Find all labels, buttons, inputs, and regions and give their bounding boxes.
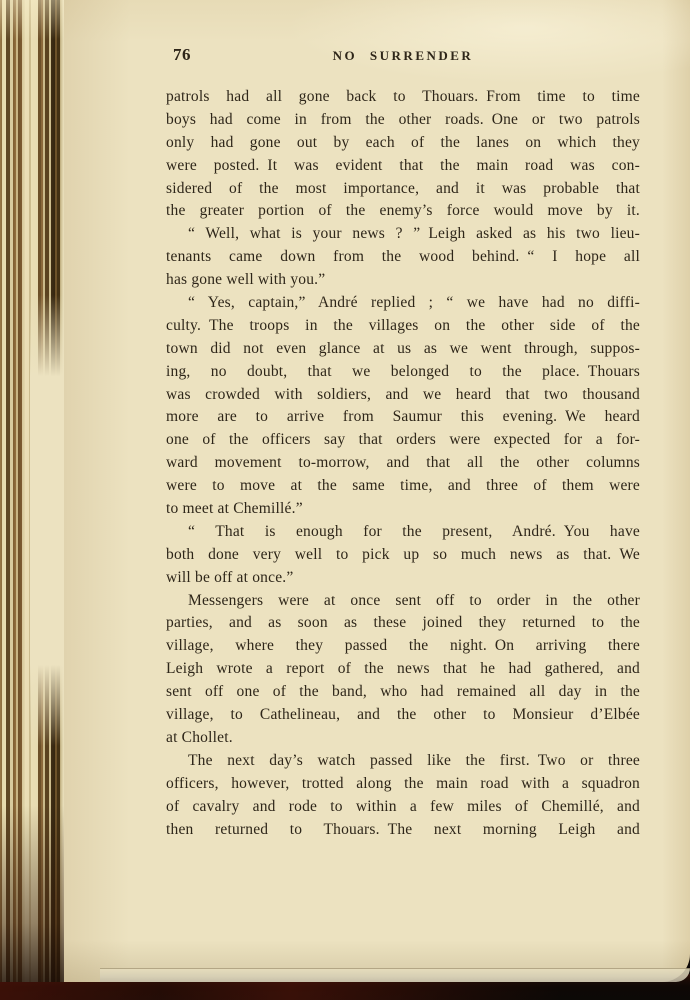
text-line: village, to Cathelineau, and the other t… [166, 704, 640, 727]
text-line: ward movement to-morrow, and that all th… [166, 452, 640, 475]
text-line: parties, and as soon as these joined the… [166, 612, 640, 635]
page-edge-fade [30, 295, 64, 747]
text-line: town did not even glance at us as we wen… [166, 338, 640, 361]
text-line: “ Well, what is your news ? ” Leigh aske… [166, 223, 640, 246]
text-line: tenants came down from the wood behind. … [166, 246, 640, 269]
text-line: village, where they passed the night. On… [166, 635, 640, 658]
running-title: NO SURRENDER [166, 48, 640, 64]
text-line: officers, however, trotted along the mai… [166, 773, 640, 796]
text-line: culty. The troops in the villages on the… [166, 315, 640, 338]
text-line: ing, no doubt, that we belonged to the p… [166, 361, 640, 384]
text-line: to meet at Chemillé.” [166, 498, 640, 521]
text-line: was crowded with soldiers, and we heard … [166, 384, 640, 407]
text-line: boys had come in from the other roads. O… [166, 109, 640, 132]
text-line: more are to arrive from Saumur this even… [166, 406, 640, 429]
text-line: sidered of the most importance, and it w… [166, 178, 640, 201]
text-line: the greater portion of the enemy’s force… [166, 200, 640, 223]
scanned-book-photo: 76 NO SURRENDER patrols had all gone bac… [0, 0, 690, 1000]
text-block: patrols had all gone back to Thouars. Fr… [166, 86, 640, 841]
paragraph: “ Yes, captain,” André replied ; “ we ha… [166, 292, 640, 521]
text-line: patrols had all gone back to Thouars. Fr… [166, 86, 640, 109]
page-bottom-edge [100, 968, 690, 982]
paragraph: “ That is enough for the present, André.… [166, 521, 640, 590]
text-line: at Chollet. [166, 727, 640, 750]
paragraph: Messengers were at once sent off to orde… [166, 590, 640, 750]
text-line: Leigh wrote a report of the news that he… [166, 658, 640, 681]
text-line: The next day’s watch passed like the fir… [166, 750, 640, 773]
text-line: “ Yes, captain,” André replied ; “ we ha… [166, 292, 640, 315]
text-line: then returned to Thouars. The next morni… [166, 819, 640, 842]
text-line: one of the officers say that orders were… [166, 429, 640, 452]
running-head: 76 NO SURRENDER [166, 45, 640, 67]
text-line: will be off at once.” [166, 567, 640, 590]
text-line: “ That is enough for the present, André.… [166, 521, 640, 544]
text-line: Messengers were at once sent off to orde… [166, 590, 640, 613]
paragraph: patrols had all gone back to Thouars. Fr… [166, 86, 640, 223]
paragraph: “ Well, what is your news ? ” Leigh aske… [166, 223, 640, 292]
text-line: were posted. It was evident that the mai… [166, 155, 640, 178]
text-line: both done very well to pick up so much n… [166, 544, 640, 567]
paragraph: The next day’s watch passed like the fir… [166, 750, 640, 842]
book-page: 76 NO SURRENDER patrols had all gone bac… [0, 0, 690, 982]
page-edges-binding [0, 0, 64, 982]
text-line: of cavalry and rode to within a few mile… [166, 796, 640, 819]
text-line: only had gone out by each of the lanes o… [166, 132, 640, 155]
text-line: sent off one of the band, who had remain… [166, 681, 640, 704]
text-line: were to move at the same time, and three… [166, 475, 640, 498]
text-line: has gone well with you.” [166, 269, 640, 292]
